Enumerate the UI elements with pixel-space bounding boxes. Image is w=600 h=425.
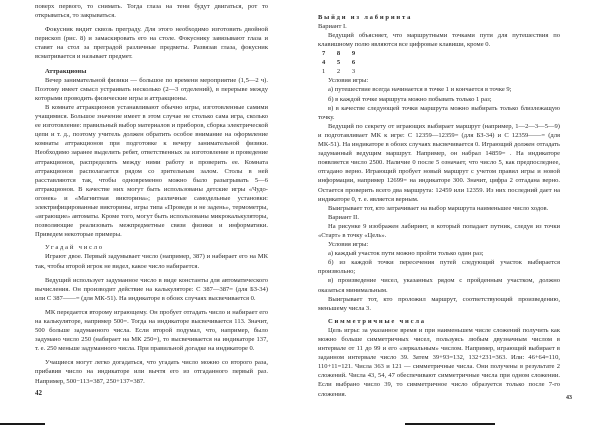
paragraph: Выигрывает тот, кто проложил маршрут, со… — [318, 295, 560, 313]
keypad-row: 7 8 9 — [318, 49, 560, 58]
keypad-row: 1 2 3 — [318, 67, 560, 76]
section-heading-labyrinth: Выйди из лабиринта — [318, 13, 560, 22]
conditions-label: Условия игры: — [318, 76, 560, 85]
condition-item: а) каждый участок пути можно пройти толь… — [318, 249, 560, 258]
section-heading-symmetric: Симметричные числа — [318, 317, 560, 326]
conditions-label: Условия игры: — [318, 240, 560, 249]
paragraph: Учащиеся могут легко догадаться, что уга… — [35, 358, 268, 385]
condition-item: б) из каждой точки пересечения путей сле… — [318, 258, 560, 276]
condition-item: в) в качестве следующей точки маршрута м… — [318, 104, 560, 122]
variant-label: Вариант I. — [318, 22, 560, 31]
paragraph: Ведущий использует задуманное число в ви… — [35, 276, 268, 303]
paragraph: Играют двое. Первый задумывает число (на… — [35, 252, 268, 270]
paragraph: Вечер занимательной физики — большое по … — [35, 76, 268, 103]
condition-item: а) путешествие всегда начинается в точке… — [318, 85, 560, 94]
paragraph: Выигрывает тот, кто затрачивает на выбор… — [318, 204, 560, 213]
condition-item: б) в каждой точке маршрута можно побыват… — [318, 95, 560, 104]
paragraph: поверх первого, то снимать. Тогда глаза … — [35, 2, 268, 20]
paragraph: В комнате аттракционов устанавливают обы… — [35, 103, 268, 239]
left-page: поверх первого, то снимать. Тогда глаза … — [35, 2, 268, 386]
paragraph: Цель игры: за указанное время и при наим… — [318, 326, 560, 399]
paragraph: Ведущий по секрету от играющих выбирает … — [318, 122, 560, 204]
page-number-right: 43 — [566, 395, 572, 401]
section-heading-guess-number: Угадай число — [35, 243, 268, 252]
paragraph-magician: Фокусник видит сквозь преграду. Для этог… — [35, 25, 268, 61]
condition-item: в) произведение чисел, указанных рядом с… — [318, 276, 560, 294]
section-heading-attractions: Аттракционы — [35, 67, 268, 76]
variant-label: Вариант II. — [318, 213, 560, 222]
page-number-left: 42 — [35, 389, 42, 397]
paragraph: Ведущий объясняет, что маршрутными точка… — [318, 31, 560, 49]
keypad-row: 4 5 6 — [318, 58, 560, 67]
paragraph: МК передается второму играющему. Он проб… — [35, 308, 268, 353]
paragraph: На рисунке 9 изображен лабиринт, в котор… — [318, 222, 560, 240]
right-page: Выйди из лабиринта Вариант I. Ведущий об… — [318, 13, 560, 399]
